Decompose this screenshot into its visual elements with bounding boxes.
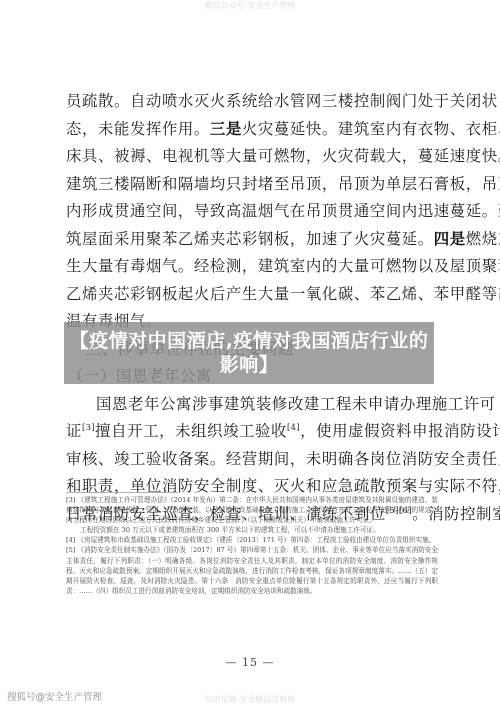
footnote-ref[interactable]: [4] (287, 423, 300, 432)
footnote-4: [4] 《房屋建筑和市政基础设施工程竣工验收规定》（建质〔2013〕171 号）… (66, 535, 438, 545)
footnotes: [3] 《建筑工程施工许可管理办法》（2014 年发布）第二条：在中华人民共和国… (66, 495, 438, 596)
body-line: 态，未能发挥作用。三是火灾蔓延快。建筑室内有衣物、衣柜、 (66, 116, 438, 144)
body-line: 筑屋面采用聚苯乙烯夹芯彩钢板，加速了火灾蔓延。四是燃烧产 (66, 226, 438, 254)
body-line: 员疏散。自动喷水灭火系统给水管网三楼控制阀门处于关闭状 (66, 88, 438, 116)
body-line: 审核、竣工验收备案。经营期间，未明确各岗位消防安全责任人 (66, 446, 438, 474)
body-line: 床具、被褥、电视机等大量可燃物，火灾荷载大，蔓延速度快。 (66, 143, 438, 171)
body-line: 国恩老年公寓涉事建筑装修改建工程未申请办理施工许可 (66, 391, 438, 419)
bold-marker: 四是 (434, 230, 466, 248)
body-line: 内形成贯通空间，导致高温烟气在吊顶贯通空间内迅速蔓延。建 (66, 198, 438, 226)
banner-title: 【疫情对中国酒店,疫情对我国酒店行业的影响】 (64, 329, 434, 377)
bold-marker: 三是 (210, 120, 242, 138)
footnote-divider (66, 492, 178, 493)
body-line: 乙烯夹芯彩钢板起火后产生大量一氧化碳、苯乙烯、苯甲醛等高 (66, 281, 438, 309)
body-line: 建筑三楼隔断和隔墙均只封堵至吊顶，吊顶为单层石膏板，吊顶 (66, 171, 438, 199)
title-banner: 【疫情对中国酒店,疫情对我国酒店行业的影响】 (64, 322, 434, 384)
body-line: 生大量有毒烟气。经检测，建筑室内的大量可燃物以及屋顶聚苯 (66, 253, 438, 281)
footnote-ref[interactable]: [3] (82, 423, 95, 432)
body-line: 证[3]擅自开工，未组织竣工验收[4]，使用虚假资料申报消防设计 (66, 418, 438, 446)
footnote-3: [3] 《建筑工程施工许可管理办法》（2014 年发布）第二条：在中华人民共和国… (66, 495, 438, 525)
page-number: — 15 — (0, 656, 500, 669)
footnote-3-continued: 工程投资额在 30 万元以下或者建筑面积在 300 平方米以下的建筑工程，可以不… (66, 525, 438, 535)
document-body: 员疏散。自动喷水灭火系统给水管网三楼控制阀门处于关闭状 态，未能发挥作用。三是火… (66, 88, 438, 528)
top-watermark: 微信公众号:安全生产管理 (0, 0, 500, 12)
bottom-center-watermark: 知识星球:安全精品资料库 (0, 694, 500, 705)
footnote-5: [5] 《消防安全责任制实施办法》（国办发〔2017〕87 号）第四章第十五条：… (66, 545, 438, 595)
